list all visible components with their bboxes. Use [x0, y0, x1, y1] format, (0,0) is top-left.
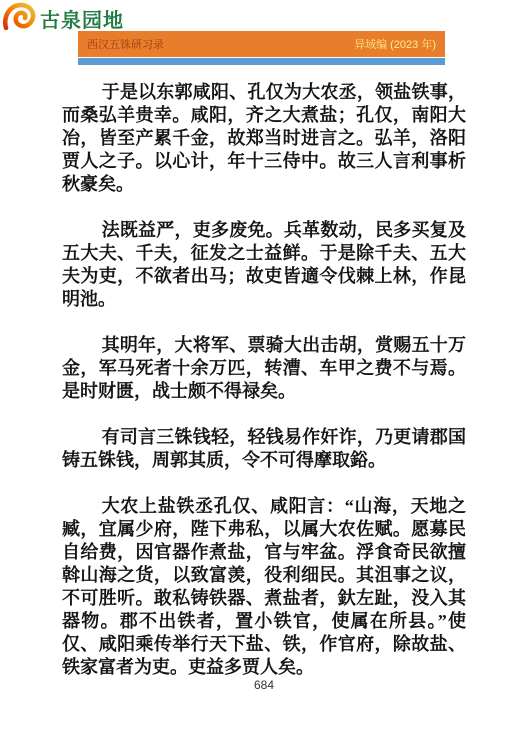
document-edition: 异域编 (2023 年) [354, 36, 436, 52]
paragraph: 法既益严，吏多废免。兵革数动，民多买复及五大夫、千夫，征发之士益鲜。于是除千夫、… [62, 219, 466, 311]
paragraph: 其明年，大将军、票骑大出击胡，赏赐五十万金，军马死者十余万匹，转漕、车甲之费不与… [62, 334, 466, 403]
paragraph: 大农上盐铁丞孔仅、咸阳言：“山海，天地之臧，宜属少府，陛下弗私，以属大农佐赋。愿… [62, 495, 466, 679]
header-accent-strip [78, 58, 445, 65]
paragraph: 有司言三铢钱轻，轻钱易作奸诈，乃更请郡国铸五铢钱，周郭其质，令不可得摩取鋊。 [62, 426, 466, 472]
paragraph: 于是以东郭咸阳、孔仅为大农丞，领盐铁事，而桑弘羊贵幸。咸阳，齐之大煮盐；孔仅，南… [62, 81, 466, 196]
coin-swirl-icon [3, 2, 37, 35]
page-number: 684 [62, 678, 466, 692]
document-header-bar: 西汉五铢研习录 异域编 (2023 年) [78, 31, 445, 57]
site-logo-text: 古泉园地 [40, 4, 124, 33]
document-title: 西汉五铢研习录 [87, 36, 164, 52]
page-content: 于是以东郭咸阳、孔仅为大农丞，领盐铁事，而桑弘羊贵幸。咸阳，齐之大煮盐；孔仅，南… [62, 81, 466, 679]
